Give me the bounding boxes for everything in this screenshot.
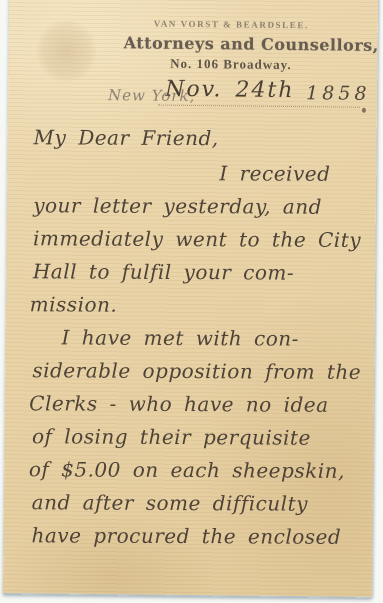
letter-salutation: My Dear Friend, <box>33 122 378 159</box>
letterhead-title: Attorneys and Counsellors, <box>124 33 339 54</box>
dateline-dotted-rule <box>158 105 360 108</box>
letter-body: My Dear Friend, I received your letter y… <box>31 122 378 555</box>
dateline: New York, Nov. 24th 1858 <box>8 79 383 113</box>
letter-line: I have met with con- <box>32 322 377 357</box>
paper-sheet: VAN VORST & BEARDSLEE. Attorneys and Cou… <box>3 0 378 598</box>
letterhead-address: No. 106 Broadway. <box>123 55 338 73</box>
dateline-handwritten-year: 1858 <box>306 82 371 105</box>
letter-line: Clerks - who have no idea <box>29 388 377 423</box>
letter-line: I received <box>33 157 378 192</box>
letter-line: Hall to fulfil your com- <box>33 256 378 291</box>
letter-line: mission. <box>30 289 378 324</box>
letter-line: siderable opposition from the <box>32 355 377 390</box>
letter-line: have procured the enclosed <box>31 520 376 555</box>
dateline-handwritten-date: Nov. 24th <box>165 77 295 103</box>
letterhead-firm-name: VAN VORST & BEARDSLEE. <box>124 18 339 30</box>
letter-line: of losing their perquisite <box>32 421 377 456</box>
letterhead: VAN VORST & BEARDSLEE. Attorneys and Cou… <box>123 18 339 73</box>
letter-line: and after some difficulty <box>32 487 377 522</box>
letter-line: of $5.00 on each sheepskin, <box>29 454 377 489</box>
letter-line: immediately went to the City <box>33 223 378 258</box>
letter-line: your letter yesterday, and <box>33 190 378 225</box>
embossed-stamp <box>36 19 97 82</box>
